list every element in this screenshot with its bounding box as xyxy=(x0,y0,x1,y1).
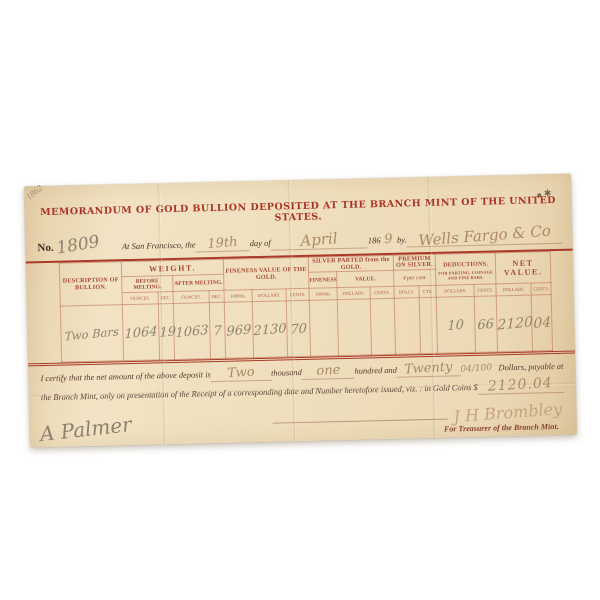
amount-tens-blank: Twenty xyxy=(397,360,461,378)
date-year-printed: 186 xyxy=(368,235,381,245)
depositor-signature: A Palmer xyxy=(39,412,133,446)
subheader-dec: DEC. xyxy=(209,290,224,302)
value-gold-cents: 70 xyxy=(290,321,307,338)
certification-text: I certify that the net amount of the abo… xyxy=(40,358,564,406)
subheader-ounces: OUNCES. xyxy=(173,291,209,304)
document-paper: 1862 ✱ MEMORANDUM OF GOLD BULLION DEPOSI… xyxy=(24,174,577,448)
date-prefix: At San Francisco, the xyxy=(122,239,196,251)
cell-description: Two Bars xyxy=(60,305,123,362)
cell-net-dollars: 2120 xyxy=(496,295,532,352)
subheader-cts: CTS. xyxy=(419,285,436,297)
signature-row: A Palmer J H Brombley For Treasurer of t… xyxy=(39,402,563,443)
cell-after-ounces: 1063 xyxy=(173,303,210,360)
cell-gold-thousandths: 969 xyxy=(224,302,253,359)
header-silver-value: VALUE. xyxy=(337,270,394,287)
header-premium: PREMIUM ON SILVER. xyxy=(393,254,435,270)
value-deduction-dollars: 10 xyxy=(448,317,465,334)
subheader-cents: CENTS. xyxy=(531,283,551,295)
cell-silver-cents xyxy=(370,298,395,355)
cell-net-cents: 04 xyxy=(531,295,552,351)
header-deductions-sub: FOR PARTING, COINAGE AND FINE BARS. xyxy=(436,269,495,280)
subheader-cents: CENTS. xyxy=(474,284,496,297)
subheader-dollars: DOLLARS. xyxy=(496,283,531,296)
value-before-dec: 19 xyxy=(159,324,176,341)
amount-thousands-blank: Two xyxy=(211,365,272,382)
date-day-label: day of xyxy=(250,238,271,248)
date-year-digit: 9 xyxy=(384,232,393,248)
cell-silver-dollars xyxy=(337,299,371,356)
amount-hundreds-blank: one xyxy=(302,363,355,380)
header-deductions-title: DEDUCTIONS. xyxy=(436,260,495,268)
value-after-dec: 7 xyxy=(213,323,221,339)
document-title: MEMORANDUM OF GOLD BULLION DEPOSITED AT … xyxy=(24,195,571,230)
cell-before-ounces: 1064 xyxy=(122,304,159,361)
cell-silver-thousandths xyxy=(309,300,338,357)
value-deduction-cents: 66 xyxy=(478,316,495,333)
value-description: Two Bars xyxy=(65,324,119,343)
subheader-dec: DEC. xyxy=(158,291,173,303)
deposit-number-label: No. xyxy=(37,242,53,254)
header-net-value: NET VALUE. xyxy=(495,252,551,284)
date-month-blank: April xyxy=(270,229,368,250)
amount-fraction: 04/100 xyxy=(461,363,493,375)
corner-annotation: 1862 xyxy=(24,183,44,202)
subheader-dollars: DOLLARS. xyxy=(337,287,370,300)
header-fineness-value: FINENESS VALUE OF THE GOLD. xyxy=(223,257,309,290)
amount-hundreds: one xyxy=(316,363,341,379)
certify-text-c: hundred and xyxy=(355,366,397,376)
amount-tens: Twenty xyxy=(404,360,453,378)
subheader-thousandths: 1000ths. xyxy=(224,290,252,303)
header-before-melting: BEFORE MELTING. xyxy=(122,276,173,293)
cell-premium-cts xyxy=(419,297,437,353)
header-after-melting: AFTER MELTING. xyxy=(173,274,224,291)
header-premium-rate: 4 per cent. xyxy=(394,269,436,286)
bullion-table-wrap: DESCRIPTION OF BULLION. WEIGHT. FINENESS… xyxy=(26,249,575,367)
value-gold-dollars: 2130 xyxy=(253,321,286,339)
subheader-dollars: DOLLARS. xyxy=(436,284,474,297)
subheader-ounces: OUNCES. xyxy=(122,292,158,305)
subheader-cents: CENTS. xyxy=(286,288,309,301)
value-before-ounces: 1064 xyxy=(124,324,157,342)
cell-deduction-cents: 66 xyxy=(474,296,497,353)
date-day-blank: 19th xyxy=(195,235,250,252)
certify-text-b: thousand xyxy=(271,368,302,378)
cell-premium-dolls xyxy=(394,298,420,355)
value-gold-thousandths: 969 xyxy=(227,322,252,339)
certify-text-e: the Branch Mint, only on presentation of… xyxy=(41,383,478,402)
value-net-cents: 04 xyxy=(533,314,551,332)
date-day-value: 19th xyxy=(207,235,238,252)
header-deductions: DEDUCTIONS. FOR PARTING, COINAGE AND FIN… xyxy=(435,253,496,285)
date-by-label: by. xyxy=(397,234,407,244)
subheader-cents: CENTS. xyxy=(370,286,394,299)
cell-after-dec: 7 xyxy=(209,302,225,358)
certify-text-d: Dollars, payable at xyxy=(498,362,563,373)
depositor-blank: Wells Fargo & Co xyxy=(406,225,562,248)
header-description: DESCRIPTION OF BULLION. xyxy=(59,262,122,306)
cell-gold-dollars: 2130 xyxy=(252,301,287,358)
subheader-dolls: DOLLS. xyxy=(394,286,419,299)
cell-deduction-dollars: 10 xyxy=(436,296,475,353)
treasurer-signature-block: J H Brombley For Treasurer of the Branch… xyxy=(272,402,563,438)
certify-text-a: I certify that the net amount of the abo… xyxy=(40,370,210,383)
header-silver-fineness: FINENESS. xyxy=(309,272,337,289)
amount-total: 2120.04 xyxy=(488,375,554,395)
date-month-value: April xyxy=(300,229,338,250)
value-after-ounces: 1063 xyxy=(175,322,208,340)
subheader-thousandths: 1000ths. xyxy=(309,288,337,301)
value-net-dollars: 2120 xyxy=(497,314,533,333)
bullion-table: DESCRIPTION OF BULLION. WEIGHT. FINENESS… xyxy=(59,251,553,363)
deposit-number-value: 1809 xyxy=(55,232,101,259)
deposit-entry-row: Two Bars 1064 19 1063 7 969 2130 70 10 6… xyxy=(60,295,552,363)
cell-gold-cents: 70 xyxy=(286,300,310,357)
subheader-dollars: DOLLARS. xyxy=(252,289,286,302)
cell-before-dec: 19 xyxy=(158,303,174,359)
amount-thousands: Two xyxy=(227,365,255,382)
signature-rule xyxy=(272,405,448,424)
amount-total-blank: 2120.04 xyxy=(477,376,564,395)
depositor-name: Wells Fargo & Co xyxy=(418,222,552,250)
ink-blot-mark: ✱ xyxy=(544,188,552,199)
